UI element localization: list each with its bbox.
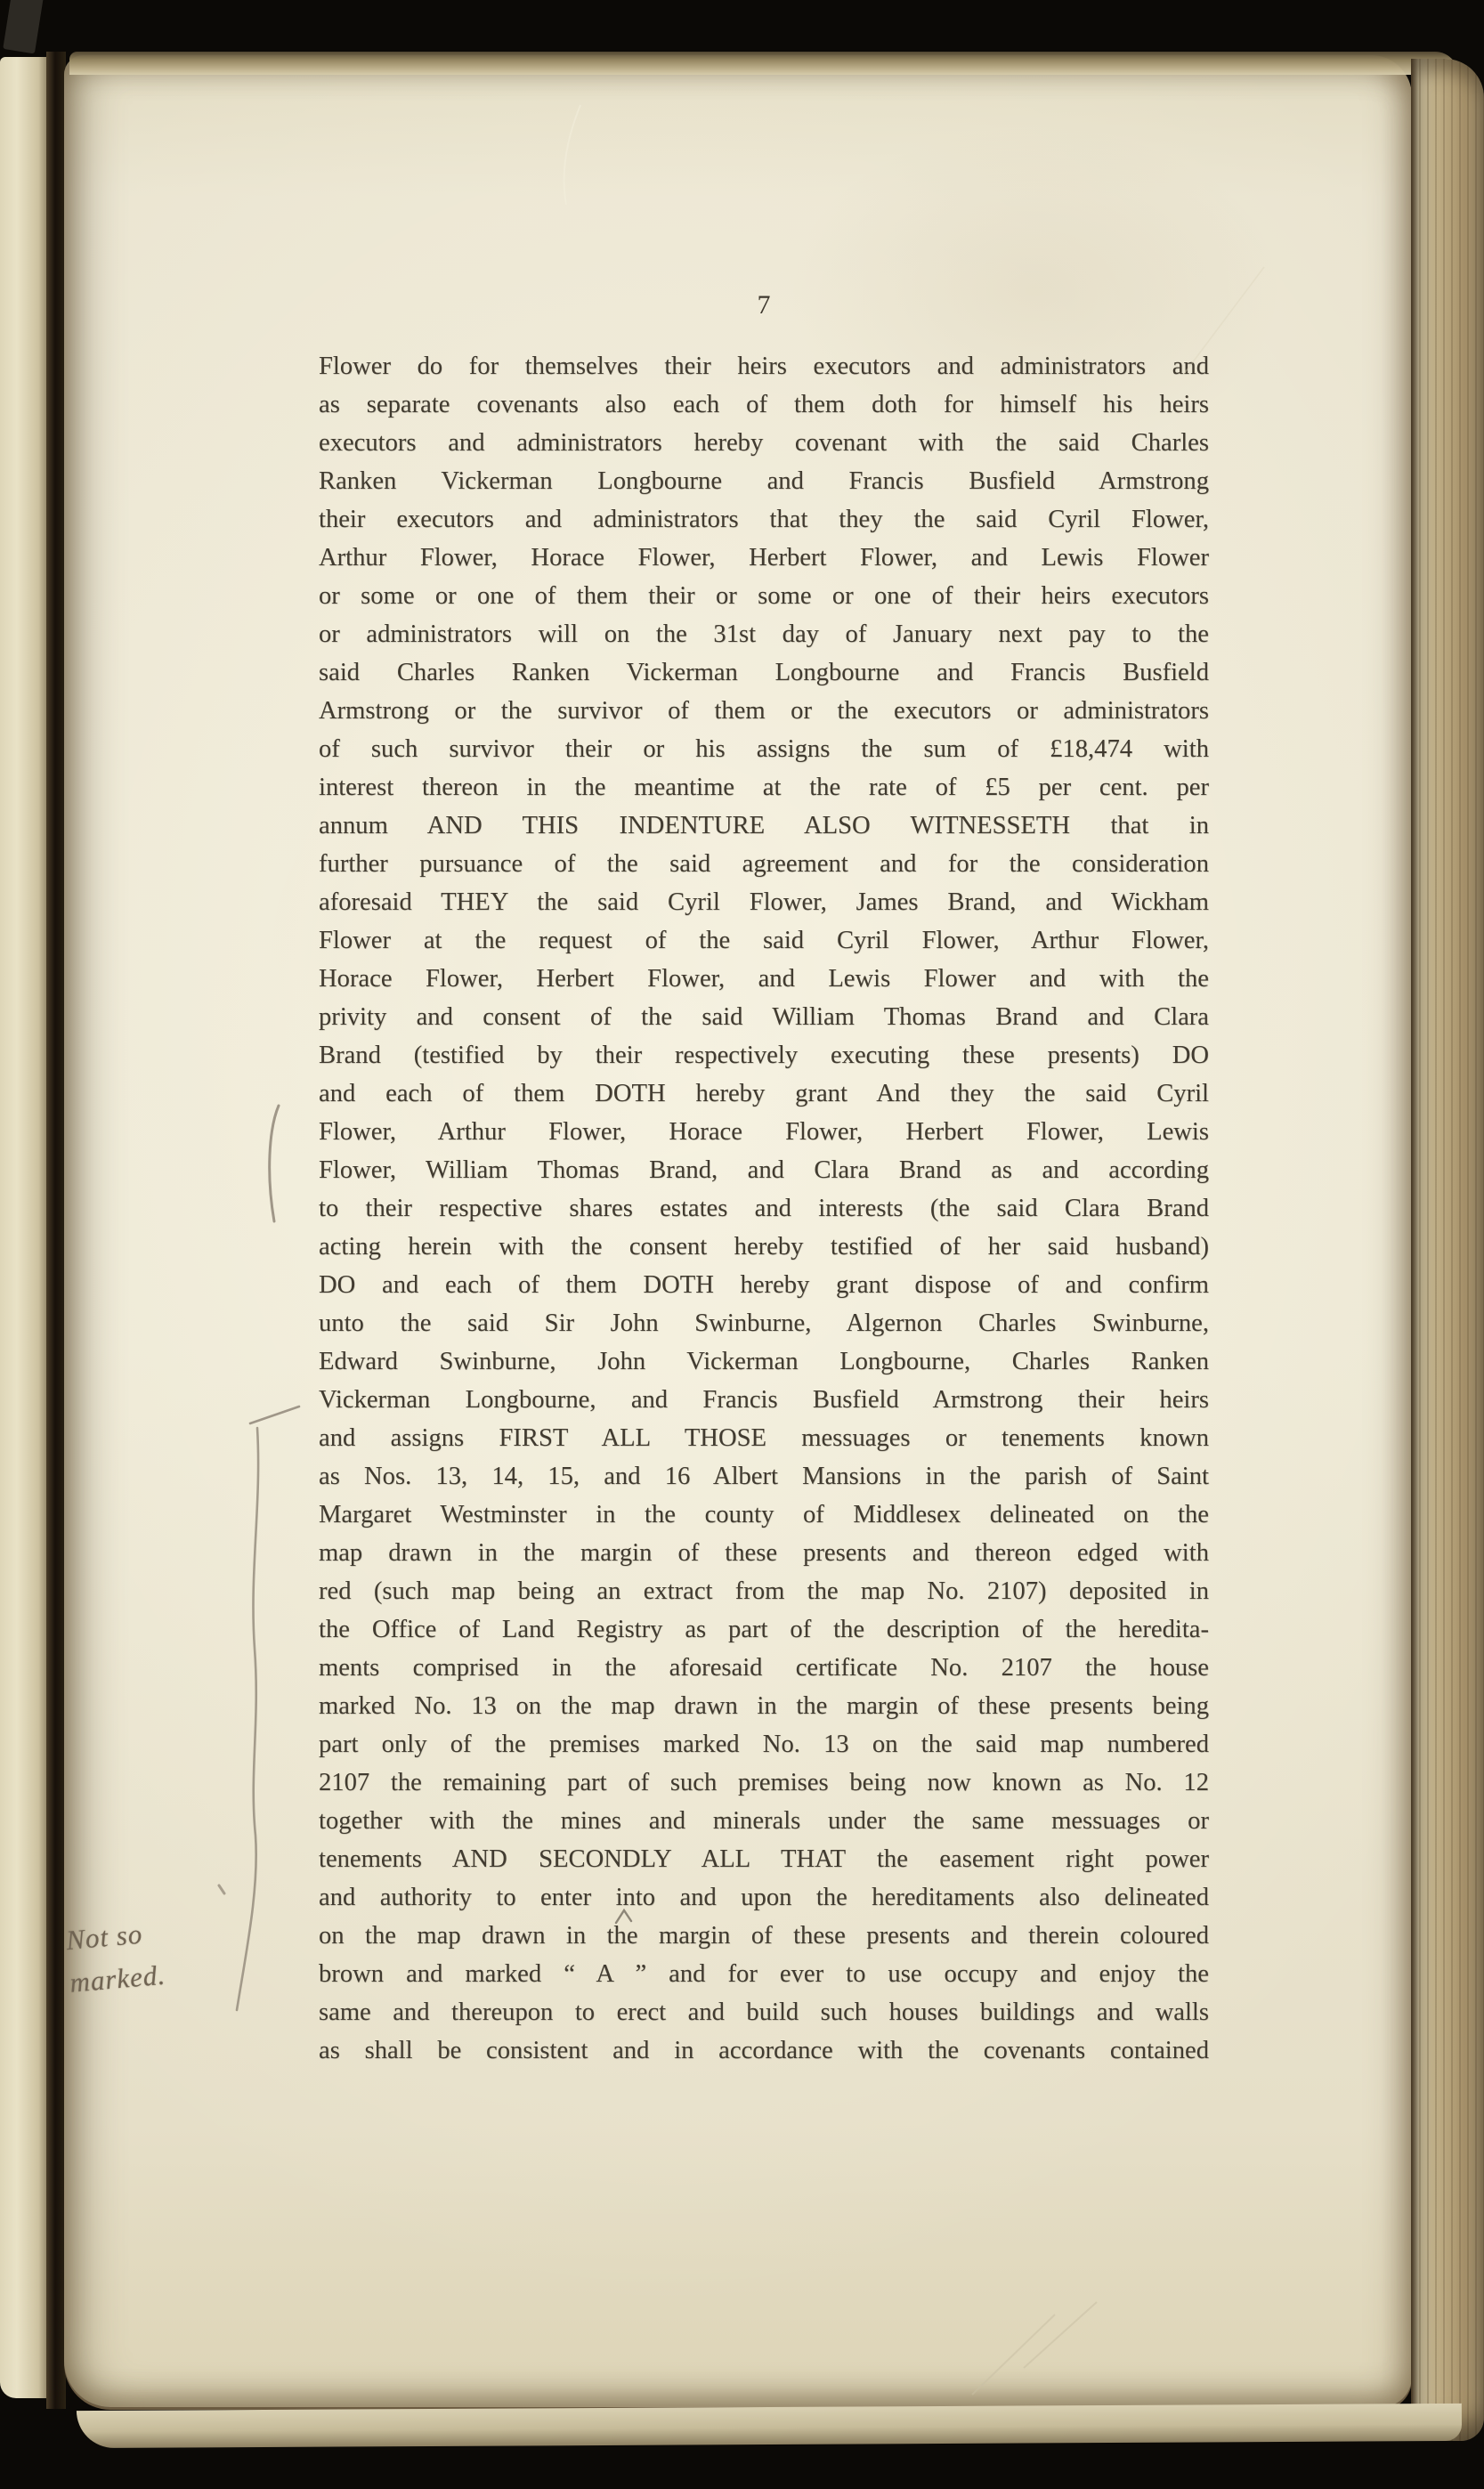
pencil-caret-mark [616,1910,631,1923]
pencil-annotations [0,0,1484,2489]
book-photo: 7 Flower do for themselves their heirs e… [0,0,1484,2489]
pencil-long-line-mark [237,1428,258,2010]
pencil-tick-mark [250,1407,299,1423]
paper-crease [564,105,580,205]
pencil-bracket-short-mark [270,1106,279,1221]
paper-scratch [972,2302,1097,2395]
paper-scratch [1184,267,1264,374]
pencil-speck-mark [219,1885,224,1893]
